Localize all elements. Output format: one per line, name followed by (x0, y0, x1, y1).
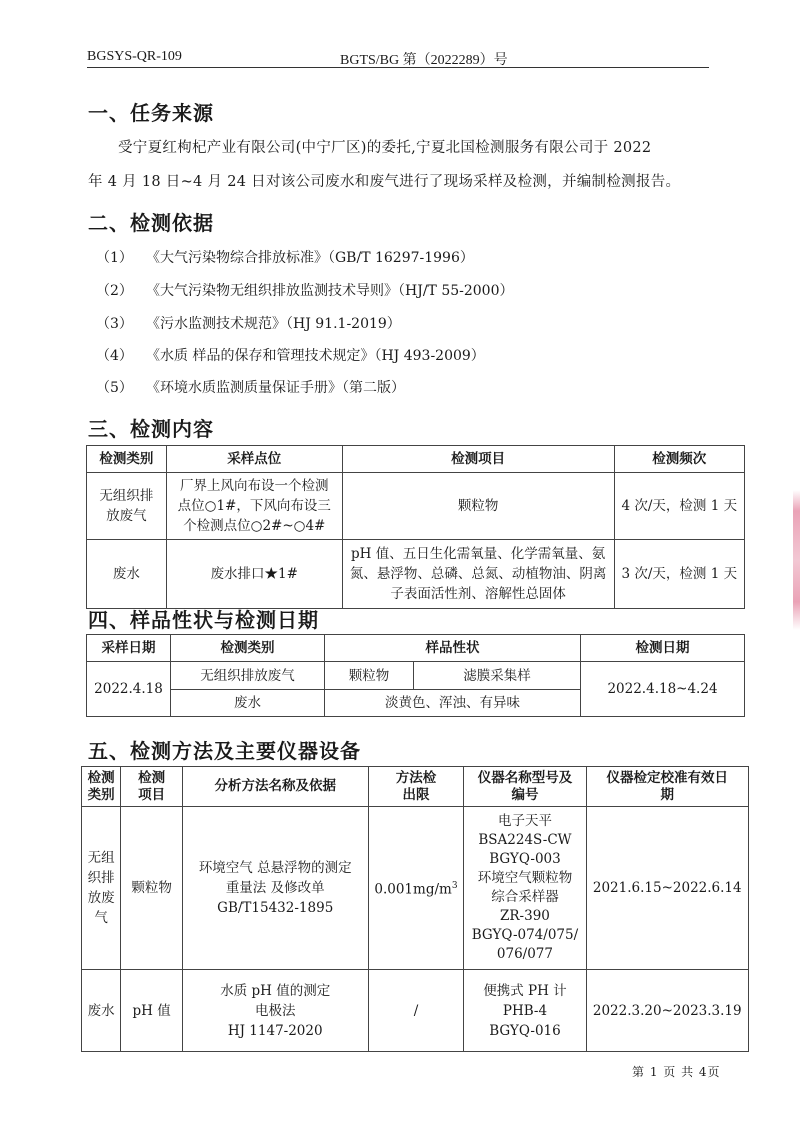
instrument-line: 综合采样器 (468, 888, 581, 907)
limit-value: 0.001mg/m (374, 882, 451, 898)
category-cell: 废水 (82, 970, 121, 1052)
instrument-line: PHB-4 (468, 1001, 581, 1021)
section-5-title: 五、检测方法及主要仪器设备 (88, 735, 361, 764)
report-number: BGTS/BG 第（2022289）号 (340, 49, 508, 69)
method-line: 电极法 (187, 1001, 364, 1021)
location-cell: 厂界上风向布设一个检测点位○1#，下风向布设三个检测点位○2#~○4# (166, 473, 342, 540)
reference-number: （2） (96, 280, 146, 300)
instrument-line: ZR-390 (468, 907, 581, 926)
instrument-line: BGYQ-074/075/ (468, 926, 581, 945)
limit-unit-exponent: 3 (452, 881, 458, 891)
table-row: 无组织排放废气 颗粒物 环境空气 总悬浮物的测定 重量法 及修改单 GB/T15… (82, 807, 749, 970)
instrument-line: 076/077 (468, 945, 581, 964)
section-3-title: 三、检测内容 (88, 413, 214, 442)
table-header-row: 检测类别 检测项目 分析方法名称及依据 方法检出限 仪器名称型号及编号 仪器检定… (82, 767, 749, 807)
instrument-cell: 便携式 PH 计 PHB-4 BGYQ-016 (464, 970, 586, 1052)
trait-cell: 颗粒物 (325, 662, 414, 690)
table-header-row: 采样日期 检测类别 样品性状 检测日期 (87, 635, 745, 662)
method-line: 重量法 及修改单 (187, 878, 364, 898)
column-header: 检测类别 (82, 767, 121, 807)
section-1-body: 受宁夏红枸杞产业有限公司(中宁厂区)的委托,宁夏北国检测服务有限公司于 2022… (88, 131, 716, 199)
trait-cell: 滤膜采集样 (414, 662, 581, 690)
instrument-line: BSA224S-CW (468, 831, 581, 850)
section-1-line-2: 年 4 月 18 日~4 月 24 日对该公司废水和废气进行了现场采样及检测，并… (88, 174, 680, 190)
table-header-row: 检测类别 采样点位 检测项目 检测频次 (87, 446, 745, 473)
column-header: 采样点位 (166, 446, 342, 473)
reference-number: （1） (96, 247, 146, 267)
column-header: 分析方法名称及依据 (182, 767, 368, 807)
section-1-title: 一、任务来源 (88, 97, 214, 126)
table-row: 无组织排放废气 厂界上风向布设一个检测点位○1#，下风向布设三个检测点位○2#~… (87, 473, 745, 540)
category-cell: 无组织排放废气 (82, 807, 121, 970)
category-cell: 废水 (87, 540, 167, 609)
sample-date-cell: 2022.4.18 (87, 662, 171, 717)
item-cell: pH 值 (121, 970, 183, 1052)
red-seal-edge (793, 490, 800, 630)
sample-traits-table: 采样日期 检测类别 样品性状 检测日期 2022.4.18 无组织排放废气 颗粒… (86, 634, 745, 717)
limit-cell: 0.001mg/m3 (368, 807, 464, 970)
table-row: 废水 废水排口★1# pH 值、五日生化需氧量、化学需氧量、氨氮、悬浮物、总磷、… (87, 540, 745, 609)
category-cell: 无组织排放废气 (171, 662, 325, 690)
item-cell: 颗粒物 (121, 807, 183, 970)
instrument-line: 环境空气颗粒物 (468, 869, 581, 888)
column-header: 检测项目 (121, 767, 183, 807)
page-number: 第 1 页 共 4页 (632, 1063, 721, 1080)
trait-cell: 淡黄色、浑浊、有异味 (325, 690, 581, 717)
instrument-line: BGYQ-003 (468, 850, 581, 869)
reference-item: （3）《污水监测技术规范》（HJ 91.1-2019） (96, 313, 401, 333)
column-header: 仪器名称型号及编号 (464, 767, 586, 807)
reference-item: （2）《大气污染物无组织排放监测技术导则》（HJ/T 55-2000） (96, 280, 514, 300)
reference-text: 《大气污染物综合排放标准》（GB/T 16297-1996） (146, 250, 474, 266)
method-line: 水质 pH 值的测定 (187, 981, 364, 1001)
column-header: 检测类别 (171, 635, 325, 662)
method-line: GB/T15432-1895 (187, 898, 364, 918)
column-header: 检测日期 (581, 635, 745, 662)
method-line: HJ 1147-2020 (187, 1021, 364, 1041)
column-header: 方法检出限 (368, 767, 464, 807)
instrument-line: BGYQ-016 (468, 1021, 581, 1041)
reference-text: 《污水监测技术规范》（HJ 91.1-2019） (146, 316, 401, 332)
frequency-cell: 4 次/天，检测 1 天 (614, 473, 744, 540)
page-header: BGSYS-QR-109 BGTS/BG 第（2022289）号 (87, 47, 709, 68)
section-2-title: 二、检测依据 (88, 207, 214, 236)
category-cell: 无组织排放废气 (87, 473, 167, 540)
reference-number: （4） (96, 345, 146, 365)
category-cell: 废水 (171, 690, 325, 717)
table-row: 2022.4.18 无组织排放废气 颗粒物 滤膜采集样 2022.4.18~4.… (87, 662, 745, 690)
method-cell: 水质 pH 值的测定 电极法 HJ 1147-2020 (182, 970, 368, 1052)
methods-instruments-table: 检测类别 检测项目 分析方法名称及依据 方法检出限 仪器名称型号及编号 仪器检定… (81, 766, 749, 1052)
reference-text: 《水质 样品的保存和管理技术规定》（HJ 493-2009） (146, 348, 485, 364)
validity-cell: 2021.6.15~2022.6.14 (586, 807, 749, 970)
section-1-line-1: 受宁夏红枸杞产业有限公司(中宁厂区)的委托,宁夏北国检测服务有限公司于 2022 (118, 140, 651, 156)
reference-text: 《大气污染物无组织排放监测技术导则》（HJ/T 55-2000） (146, 283, 514, 299)
reference-item: （5）《环境水质监测质量保证手册》（第二版） (96, 377, 405, 397)
validity-cell: 2022.3.20~2023.3.19 (586, 970, 749, 1052)
items-cell: pH 值、五日生化需氧量、化学需氧量、氨氮、悬浮物、总磷、总氮、动植物油、阴离子… (342, 540, 614, 609)
column-header: 检测频次 (614, 446, 744, 473)
reference-text: 《环境水质监测质量保证手册》（第二版） (146, 380, 405, 396)
reference-item: （1）《大气污染物综合排放标准》（GB/T 16297-1996） (96, 247, 474, 267)
method-line: 环境空气 总悬浮物的测定 (187, 858, 364, 878)
reference-item: （4）《水质 样品的保存和管理技术规定》（HJ 493-2009） (96, 345, 485, 365)
frequency-cell: 3 次/天，检测 1 天 (614, 540, 744, 609)
reference-number: （3） (96, 313, 146, 333)
column-header: 检测类别 (87, 446, 167, 473)
test-date-cell: 2022.4.18~4.24 (581, 662, 745, 717)
detection-content-table: 检测类别 采样点位 检测项目 检测频次 无组织排放废气 厂界上风向布设一个检测点… (86, 445, 745, 609)
instrument-cell: 电子天平 BSA224S-CW BGYQ-003 环境空气颗粒物 综合采样器 Z… (464, 807, 586, 970)
instrument-line: 电子天平 (468, 812, 581, 831)
section-4-title: 四、样品性状与检测日期 (88, 604, 319, 633)
instrument-line: 便携式 PH 计 (468, 981, 581, 1001)
reference-number: （5） (96, 377, 146, 397)
column-header: 采样日期 (87, 635, 171, 662)
method-cell: 环境空气 总悬浮物的测定 重量法 及修改单 GB/T15432-1895 (182, 807, 368, 970)
column-header: 检测项目 (342, 446, 614, 473)
form-code: BGSYS-QR-109 (87, 49, 182, 65)
location-cell: 废水排口★1# (166, 540, 342, 609)
column-header: 样品性状 (325, 635, 581, 662)
table-row: 废水 pH 值 水质 pH 值的测定 电极法 HJ 1147-2020 / 便携… (82, 970, 749, 1052)
column-header: 仪器检定校准有效日期 (586, 767, 749, 807)
limit-cell: / (368, 970, 464, 1052)
items-cell: 颗粒物 (342, 473, 614, 540)
